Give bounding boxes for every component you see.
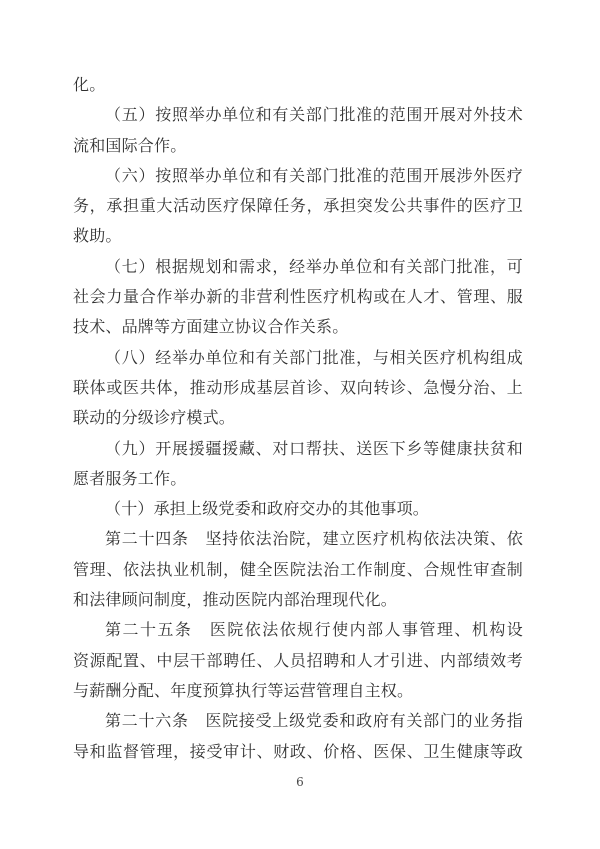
text-line: 愿者服务工作。 xyxy=(73,464,523,494)
text-line: 联体或医共体，推动形成基层首诊、双向转诊、急慢分治、上下 xyxy=(73,373,523,403)
text-line: 流和国际合作。 xyxy=(73,131,523,161)
text-line: （六）按照举办单位和有关部门批准的范围开展涉外医疗服 xyxy=(73,161,523,191)
text-line: （八）经举办单位和有关部门批准，与相关医疗机构组成医 xyxy=(73,343,523,373)
paragraph: 第二十四条 坚持依法治院，建立医疗机构依法决策、依法管理、依法执业机制，健全医院… xyxy=(73,524,523,615)
text-line: 社会力量合作举办新的非营利性医疗机构或在人才、管理、服务、 xyxy=(73,282,523,312)
paragraph: （七）根据规划和需求，经举办单位和有关部门批准，可与社会力量合作举办新的非营利性… xyxy=(73,252,523,343)
scanned-document-page: 化。（五）按照举办单位和有关部门批准的范围开展对外技术交流和国际合作。（六）按照… xyxy=(0,0,600,849)
paragraph: 第二十六条 医院接受上级党委和政府有关部门的业务指导和监督管理，接受审计、财政、… xyxy=(73,706,523,767)
document-body: 化。（五）按照举办单位和有关部门批准的范围开展对外技术交流和国际合作。（六）按照… xyxy=(73,70,523,767)
paragraph: 化。 xyxy=(73,70,523,100)
text-line: 资源配置、中层干部聘任、人员招聘和人才引进、内部绩效考核 xyxy=(73,646,523,676)
page-number: 6 xyxy=(0,772,600,792)
text-line: 技术、品牌等方面建立协议合作关系。 xyxy=(73,312,523,342)
text-line: （七）根据规划和需求，经举办单位和有关部门批准，可与 xyxy=(73,252,523,282)
paragraph: 第二十五条 医院依法依规行使内部人事管理、机构设置、资源配置、中层干部聘任、人员… xyxy=(73,615,523,706)
paragraph: （六）按照举办单位和有关部门批准的范围开展涉外医疗服务，承担重大活动医疗保障任务… xyxy=(73,161,523,252)
paragraph: （十）承担上级党委和政府交办的其他事项。 xyxy=(73,494,523,524)
text-line: 导和监督管理，接受审计、财政、价格、医保、卫生健康等政府 xyxy=(73,737,523,767)
text-line: 第二十五条 医院依法依规行使内部人事管理、机构设置、 xyxy=(73,615,523,645)
text-line: 联动的分级诊疗模式。 xyxy=(73,403,523,433)
paragraph: （五）按照举办单位和有关部门批准的范围开展对外技术交流和国际合作。 xyxy=(73,100,523,161)
text-line: （五）按照举办单位和有关部门批准的范围开展对外技术交 xyxy=(73,100,523,130)
text-line: 务，承担重大活动医疗保障任务，承担突发公共事件的医疗卫生 xyxy=(73,191,523,221)
text-line: 第二十四条 坚持依法治院，建立医疗机构依法决策、依法 xyxy=(73,524,523,554)
text-line: （九）开展援疆援藏、对口帮扶、送医下乡等健康扶贫和志 xyxy=(73,434,523,464)
text-line: 与薪酬分配、年度预算执行等运营管理自主权。 xyxy=(73,676,523,706)
text-line: 化。 xyxy=(73,70,523,100)
text-line: 和法律顾问制度，推动医院内部治理现代化。 xyxy=(73,585,523,615)
text-line: 管理、依法执业机制，健全医院法治工作制度、合规性审查制度 xyxy=(73,555,523,585)
text-line: 第二十六条 医院接受上级党委和政府有关部门的业务指 xyxy=(73,706,523,736)
text-line: （十）承担上级党委和政府交办的其他事项。 xyxy=(73,494,523,524)
paragraph: （八）经举办单位和有关部门批准，与相关医疗机构组成医联体或医共体，推动形成基层首… xyxy=(73,343,523,434)
paragraph: （九）开展援疆援藏、对口帮扶、送医下乡等健康扶贫和志愿者服务工作。 xyxy=(73,434,523,495)
text-line: 救助。 xyxy=(73,221,523,251)
